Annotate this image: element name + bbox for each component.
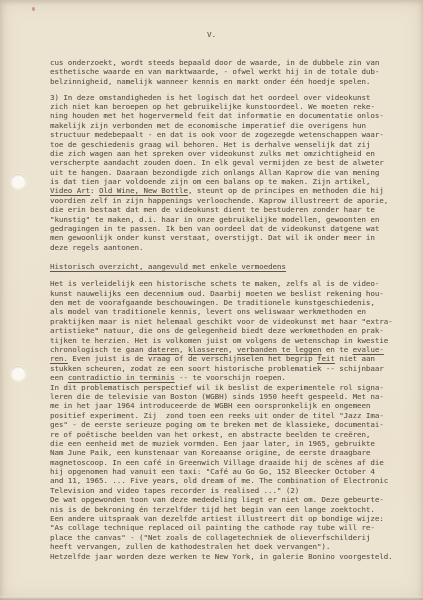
text-line: kunst nauwelijks een decennium oud. Daar… [50,289,400,298]
section-heading: Historisch overzicht, aangevuld met enke… [50,262,400,271]
text-line: den met de voorafgaande beschouwingen. D… [50,298,400,307]
paragraph-video-judgement: 3) In deze omstandigheden is het logisch… [50,93,400,253]
text-segment: Television and video tapes recorder is r… [50,486,299,495]
text-line: heeft vervangen, zullen de kathodestrale… [50,542,400,551]
text-segment: kunst nauwelijks een decennium oud. Daar… [50,289,384,298]
text-segment: heeft vervangen, zullen de kathodestrale… [50,542,330,551]
text-segment: 3) In deze omstandigheden is het logisch… [50,93,370,102]
text-line: is dat tien jaar voldoende zijn om een b… [50,177,400,186]
text-segment: makelijk zijn verbonden met de economisc… [50,121,366,130]
text-line: "As collage technique replaced oil paint… [50,523,400,532]
text-segment: uit te hangen. Daaraan bezondigde zich o… [50,168,379,177]
underlined-text: evalue- [353,345,384,354]
punch-hole-top [11,174,26,189]
underlined-text: dateren [148,345,179,354]
underlined-text: ren. [50,354,68,363]
text-segment: praktijken maar is niet helemaal geschik… [50,317,393,326]
text-line: 3) In deze omstandigheden is het logisch… [50,93,400,102]
underlined-text: verbanden te leggen [237,345,322,354]
text-line: artistieke" natuur, die ons de gelegenhe… [50,326,400,335]
text-segment: die een eenheid met de muziek vormden. E… [50,439,375,448]
text-line: nis is de bekroning én terzelfder tijd h… [50,505,400,514]
text-segment: tijken te herzien. Het is volkomen juist… [50,336,388,345]
text-segment: me in het jaar 1964 introduceerde de WGB… [50,401,370,410]
text-line: belzinnigheid, namelijk wanneer kennis e… [50,77,400,86]
text-line: deze regels aantonen. [50,243,400,252]
text-line: toe de geschiedenis graag wil behoren. H… [50,140,400,149]
text-segment: artistieke" natuur, die ons de gelegenhe… [50,326,384,335]
text-line: ning houden met het hogervermeld feit da… [50,111,400,120]
text-segment: leren die de televisie van Boston (WGBH)… [50,392,384,401]
text-line: Video Art: Old Wine, New Bottle, steunt … [50,186,400,195]
text-segment: Even juist is de vraag of de verschijnse… [68,354,317,363]
text-line: positief experiment. Zij zond toen een r… [50,411,400,420]
text-segment: toe de geschiedenis graag wil behoren. H… [50,140,370,149]
text-line: praktijken maar is niet helemaal geschik… [50,317,400,326]
text-segment: zich niet kan beroepen op het gebruikeli… [50,102,375,111]
text-segment: hij opgenomen had vanuit een taxi: "Café… [50,467,375,476]
paper-speck [32,7,35,11]
text-segment: De wat opgewonden toon van deze mededeli… [50,495,384,504]
text-segment: esthetische waarde en van marktwaarde, -… [50,67,379,76]
text-segment: men gewoonlijk onder kunst verstaat, ove… [50,233,375,242]
text-segment: niet aan [335,354,375,363]
underlined-text: Video Art [50,186,90,195]
text-line: zich niet kan beroepen op het gebruikeli… [50,102,400,111]
text-line: die een eenheid met de muziek vormden. E… [50,439,400,448]
underlined-text: feit [317,354,335,363]
text-segment: place the canvas" - ("Net zoals de colla… [50,533,370,542]
text-segment: Nam June Paik, een kunstenaar van Koreaa… [50,448,370,457]
text-line: chronologisch te gaan dateren, klasseren… [50,345,400,354]
text-segment: als model van traditionele kennis, lever… [50,307,366,316]
text-segment: ges" - de eerste serieuze poging om te b… [50,420,384,429]
text-segment: , [228,345,237,354]
text-line: stukken scheuren, zodat ze een soort his… [50,364,400,373]
underlined-text: Historisch overzicht, aangevuld met enke… [50,262,286,271]
text-line: hij opgenomen had vanuit een taxi: "Café… [50,467,400,476]
text-line: als model van traditionele kennis, lever… [50,307,400,316]
text-segment: nis is de bekroning én terzelfder tijd h… [50,505,375,514]
text-segment: Hetzelfde jaar worden deze werken te New… [50,552,393,561]
paragraph-continuation: cus onderzoekt, wordt steeds bepaald doo… [50,58,400,86]
text-line: tijken te herzien. Het is volkomen juist… [50,336,400,345]
text-line: die erin bestaat dat men de videokunst d… [50,205,400,214]
text-line: place the canvas" - ("Net zoals de colla… [50,533,400,542]
text-line: Het is verleidelijk een historische sche… [50,279,400,288]
paragraph-historical-overview: Het is verleidelijk een historische sche… [50,279,400,561]
text-line: esthetische waarde en van marktwaarde, -… [50,67,400,76]
text-segment: die erin bestaat dat men de videokunst d… [50,205,375,214]
text-line: structuur medebepaalt - en dat is ook vo… [50,130,400,139]
text-segment: een [50,373,68,382]
text-line: magnetoscoop. In een café in Greenwich V… [50,458,400,467]
text-line: makelijk zijn verbonden met de economisc… [50,121,400,130]
text-line: ren. Even juist is de vraag of de versch… [50,354,400,363]
text-segment: deze regels aantonen. [50,243,143,252]
text-segment: is dat tien jaar voldoende zijn om een b… [50,177,370,186]
text-line: and 11, 1965. ... Five years, old dream … [50,476,400,485]
text-line: uit te hangen. Daaraan bezondigde zich o… [50,168,400,177]
text-line: een contradictio in terminis -- te voors… [50,373,400,382]
text-segment: and 11, 1965. ... Five years, old dream … [50,476,388,485]
text-segment: die zich wagen aan het spreken over vide… [50,149,375,158]
text-line: Nam June Paik, een kunstenaar van Koreaa… [50,448,400,457]
text-line: Hetzelfde jaar worden deze werken te New… [50,552,400,561]
text-segment: "kunstig" te maken, d.i. haar in onze ge… [50,215,379,224]
text-segment: "As collage technique replaced oil paint… [50,523,375,532]
text-line: voordien zelf in zijn happenings verlooc… [50,196,400,205]
text-line: verscherpte aandacht zouden doen. In elk… [50,158,400,167]
text-segment: chronologisch te gaan [50,345,148,354]
text-line: De wat opgewonden toon van deze mededeli… [50,495,400,504]
text-line: gedragingen in te passen. Ik ben van oor… [50,224,400,233]
text-line: die zich wagen aan het spreken over vide… [50,149,400,158]
underlined-text: Old Wine, New Bottle [99,186,188,195]
underlined-text: klasseren [188,345,228,354]
text-segment: Een andere uitspraak van dezelfde arties… [50,514,384,523]
text-segment: stukken scheuren, zodat ze een soort his… [50,364,384,373]
text-segment: structuur medebepaalt - en dat is ook vo… [50,130,384,139]
text-line: Een andere uitspraak van dezelfde arties… [50,514,400,523]
text-segment: re of poëtische beelden van het orkest, … [50,430,370,439]
text-segment: den met de voorafgaande beschouwingen. D… [50,298,375,307]
text-segment: : [90,186,99,195]
text-segment: Het is verleidelijk een historische sche… [50,279,379,288]
text-segment: cus onderzoekt, wordt steeds bepaald doo… [50,58,379,67]
text-line: In dit problematisch perspectief wil ik … [50,383,400,392]
text-line: men gewoonlijk onder kunst verstaat, ove… [50,233,400,242]
text-segment: belzinnigheid, namelijk wanneer kennis e… [50,77,370,86]
document-page: V. cus onderzoekt, wordt steeds bepaald … [0,0,423,600]
page-number: V. [0,30,423,39]
text-segment: In dit problematisch perspectief wil ik … [50,383,384,392]
text-line: cus onderzoekt, wordt steeds bepaald doo… [50,58,400,67]
text-segment: , steunt op de principes en methoden die… [188,186,384,195]
text-line: leren die de televisie van Boston (WGBH)… [50,392,400,401]
text-line: Television and video tapes recorder is r… [50,486,400,495]
paper-bottom-edge [0,596,423,600]
text-segment: verscherpte aandacht zouden doen. In elk… [50,158,384,167]
text-segment: magnetoscoop. In een café in Greenwich V… [50,458,384,467]
text-segment: , [179,345,188,354]
text-column: cus onderzoekt, wordt steeds bepaald doo… [50,58,400,561]
punch-hole-bottom [11,366,26,381]
underlined-text: contradictio in terminis [68,373,175,382]
text-line: me in het jaar 1964 introduceerde de WGB… [50,401,400,410]
text-segment: voordien zelf in zijn happenings verlooc… [50,196,388,205]
text-segment: positief experiment. Zij zond toen een r… [50,411,384,420]
text-segment: en te [321,345,352,354]
text-segment: gedragingen in te passen. Ik ben van oor… [50,224,379,233]
text-segment: -- te voorschijn roepen. [175,373,286,382]
text-line: "kunstig" te maken, d.i. haar in onze ge… [50,215,400,224]
text-segment: ning houden met het hogervermeld feit da… [50,111,384,120]
text-line: re of poëtische beelden van het orkest, … [50,430,400,439]
text-line: ges" - de eerste serieuze poging om te b… [50,420,400,429]
text-line: Historisch overzicht, aangevuld met enke… [50,262,400,271]
